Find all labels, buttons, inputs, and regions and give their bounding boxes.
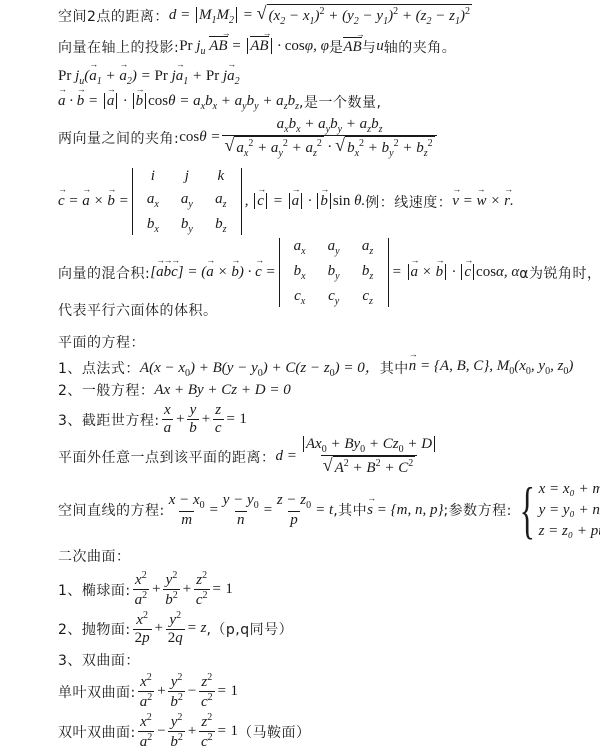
hyperboloid-heading: 3、双曲面： bbox=[58, 650, 140, 670]
two-sheet-hyperboloid-line: 双叶双曲面: x2a2− y2b2+ z2c2= 1 （马鞍面） bbox=[58, 712, 311, 751]
plane-intercept-line: 3、截距世方程: xa+ yb+ zc= 1 bbox=[58, 402, 247, 437]
cross-product-determinant: ijk axayaz bxbybz bbox=[132, 168, 242, 235]
distance-formula-line: 空间2点的距离： d = M1M2 = √(x2 − x1)2 + (y2 − … bbox=[58, 4, 472, 27]
mixed-product-note: α为锐角时， bbox=[519, 263, 600, 283]
dot-product-line: a · b = a · bcosθ = axbx + ayby + azbz ,… bbox=[58, 92, 381, 112]
angle-fraction: axbx + ayby + azbz √ax2 + ay2 + az2 · √b… bbox=[222, 116, 436, 159]
one-sheet-hyperboloid-line: 单叶双曲面: x2a2+ y2b2− z2c2= 1 bbox=[58, 672, 238, 711]
projection-line: 向量在轴上的投影: Pr ju AB = AB · cosφ, φ 是 AB 与… bbox=[58, 36, 456, 57]
plane-distance-line: 平面外任意一点到该平面的距离： d = Ax0 + By0 + Cz0 + D … bbox=[58, 436, 441, 477]
quadric-heading: 二次曲面： bbox=[58, 546, 131, 566]
distance-formula: d = M1M2 = √(x2 − x1)2 + (y2 − y1)2 + (z… bbox=[169, 4, 472, 27]
mixed-product-line: 向量的混合积: [abc] = (a × b) · c = axayaz bxb… bbox=[58, 238, 600, 307]
distance-label: 空间2点的距离： bbox=[58, 6, 169, 26]
cross-product-line: c = a × b = ijk axayaz bxbybz , c = a · … bbox=[58, 168, 514, 235]
line-equation-line: 空间直线的方程: x − x0m= y − y0n= z − z0p= t ,其… bbox=[58, 478, 600, 542]
paraboloid-line: 2、抛物面: x22p+ y22q= z ,（p,q同号） bbox=[58, 610, 293, 647]
dot-product-formula: a · b = a · bcosθ = axbx + ayby + azbz bbox=[58, 93, 299, 112]
projection-label: 向量在轴上的投影: bbox=[58, 37, 179, 57]
angle-line: 两向量之间的夹角: cosθ = axbx + ayby + azbz √ax2… bbox=[58, 116, 439, 159]
parametric-system: { x = x₀ + mt y = y₀ + nt z = z₀ + pt bbox=[512, 478, 600, 542]
ellipsoid-line: 1、椭球面: x2a2+ y2b2+ z2c2= 1 bbox=[58, 570, 233, 609]
plane-heading: 平面的方程： bbox=[58, 332, 145, 352]
plane-point-normal-line: 1、点法式： A(x − x0) + B(y − y0) + C(z − z0)… bbox=[58, 356, 573, 379]
mixed-product-determinant: axayaz bxbybz cxcycz bbox=[279, 238, 389, 307]
mixed-product-label: 向量的混合积: bbox=[58, 263, 150, 283]
example-label: 例：线速度： bbox=[365, 192, 452, 212]
mixed-product-continuation: 代表平行六面体的体积。 bbox=[58, 300, 218, 320]
projection-formula: Pr ju AB = AB · cosφ, φ bbox=[179, 36, 329, 57]
angle-label: 两向量之间的夹角: bbox=[58, 128, 179, 148]
plane-general-line: 2、一般方程： Ax + By + Cz + D = 0 bbox=[58, 380, 291, 400]
dot-product-note: ,是一个数量, bbox=[299, 92, 381, 112]
